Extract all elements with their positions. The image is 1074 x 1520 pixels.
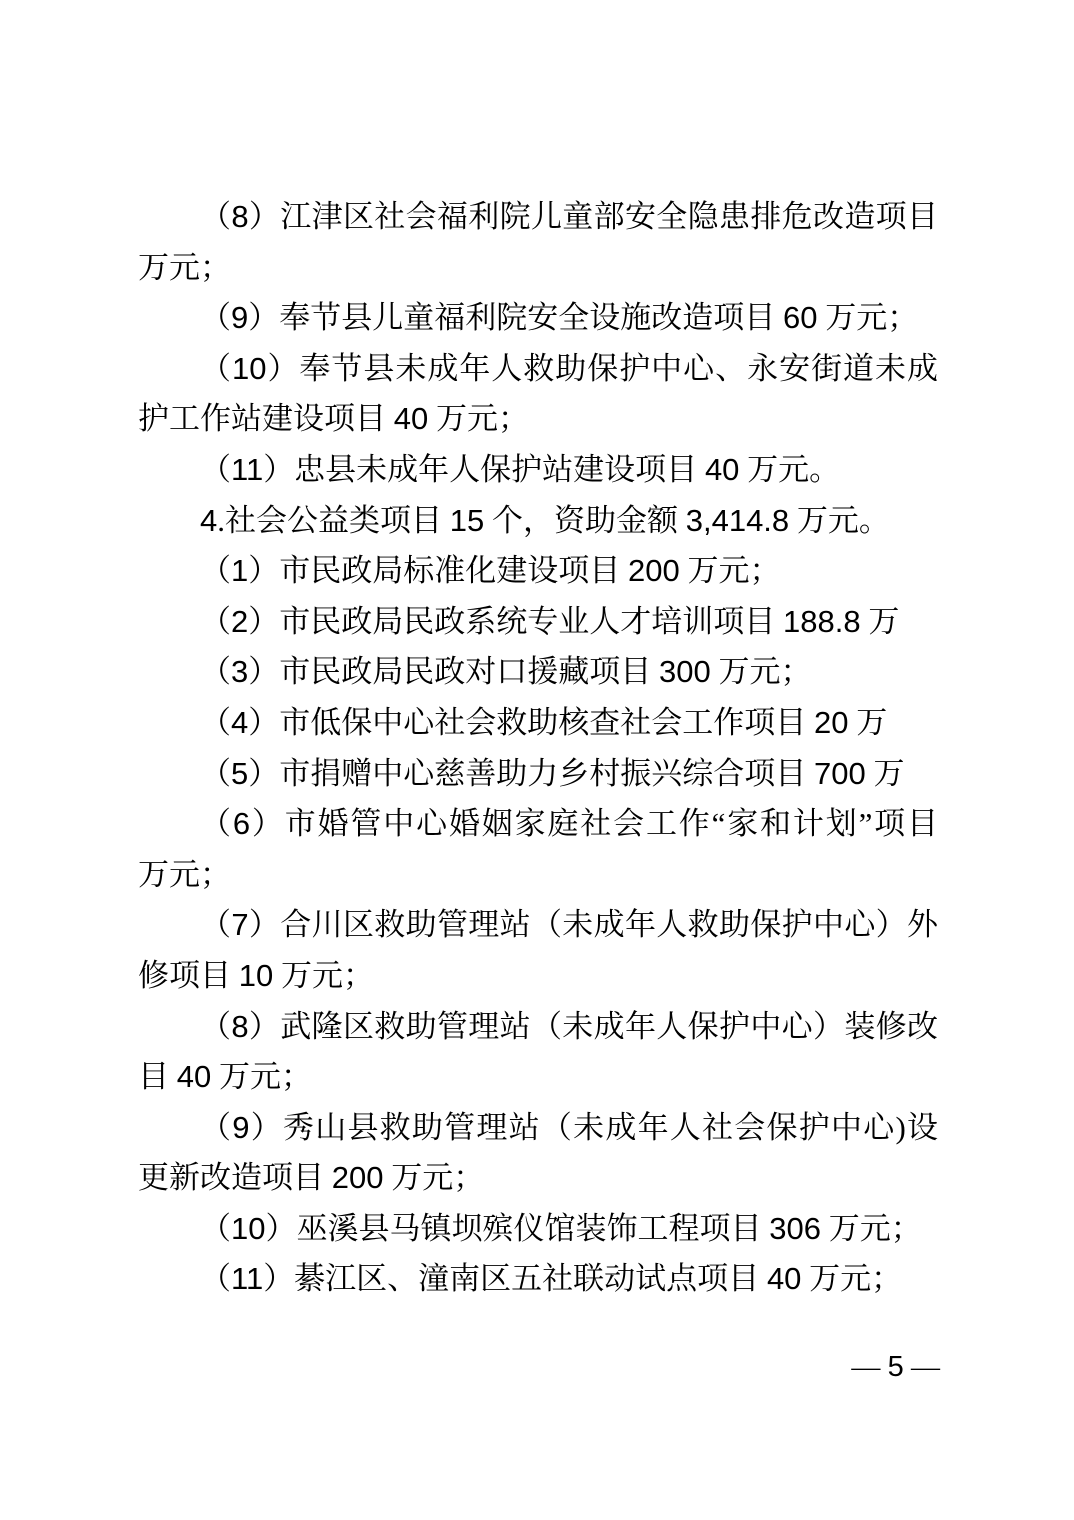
document-page: （8）江津区社会福利院儿童部安全隐患排危改造项目 100万元；（9）奉节县儿童福… <box>0 0 1074 1520</box>
page-number: — 5 — <box>851 1351 940 1383</box>
numeric-text: 15 <box>450 503 484 538</box>
document-body: （8）江津区社会福利院儿童部安全隐患排危改造项目 100万元；（9）奉节县儿童福… <box>138 192 938 1305</box>
text-line: （7）合川区救助管理站（未成年人救助保护中心）外墙维 <box>138 900 938 951</box>
numeric-text: 188.8 <box>783 604 861 639</box>
text-line: （1）市民政局标准化建设项目 200 万元； <box>138 546 938 597</box>
text-line: （9）奉节县儿童福利院安全设施改造项目 60 万元； <box>138 293 938 344</box>
text-line: （4）市低保中心社会救助核查社会工作项目 20 万元； <box>138 698 938 749</box>
numeric-text: 10 <box>232 351 266 386</box>
numeric-text: 40 <box>177 1059 211 1094</box>
text-line: 更新改造项目 200 万元； <box>138 1153 938 1204</box>
numeric-text: 700 <box>814 756 866 791</box>
numeric-text: 4 <box>200 503 217 538</box>
numeric-text: 40 <box>767 1261 801 1296</box>
numeric-text: 200 <box>628 553 680 588</box>
numeric-text: 4 <box>231 705 248 740</box>
text-line: 护工作站建设项目 40 万元； <box>138 394 938 445</box>
text-line: （9）秀山县救助管理站（未成年人社会保护中心)设施设备 <box>138 1103 938 1154</box>
numeric-text: 20 <box>814 705 848 740</box>
text-line: 万元； <box>138 243 938 294</box>
text-line: （11）綦江区、潼南区五社联动试点项目 40 万元； <box>138 1254 938 1305</box>
text-line: （6）市婚管中心婚姻家庭社会工作“家和计划”项目 380 <box>138 799 938 850</box>
numeric-text: 8 <box>231 1009 248 1044</box>
text-line: 修项目 10 万元； <box>138 951 938 1002</box>
numeric-text: 10 <box>239 958 273 993</box>
text-line: （2）市民政局民政系统专业人才培训项目 188.8 万元； <box>138 597 938 648</box>
numeric-text: 11 <box>231 1261 263 1296</box>
numeric-text: 306 <box>769 1211 821 1246</box>
text-line: （10）巫溪县马镇坝殡仪馆装饰工程项目 306 万元； <box>138 1204 938 1255</box>
text-line: （8）武隆区救助管理站（未成年人保护中心）装修改造项 <box>138 1002 938 1053</box>
numeric-text: 2 <box>231 604 248 639</box>
numeric-text: 8 <box>231 199 248 234</box>
text-line: （3）市民政局民政对口援藏项目 300 万元； <box>138 647 938 698</box>
numeric-text: 9 <box>231 300 248 335</box>
numeric-text: 6 <box>233 806 250 841</box>
numeric-text: 200 <box>332 1160 384 1195</box>
numeric-text: 9 <box>232 1110 249 1145</box>
numeric-text: 7 <box>231 907 248 942</box>
numeric-text: 5 <box>888 1351 904 1383</box>
numeric-text: 5 <box>231 756 248 791</box>
page-footer: — 5 — <box>851 1349 940 1385</box>
text-line: （5）市捐赠中心慈善助力乡村振兴综合项目 700 万元； <box>138 749 938 800</box>
numeric-text: 40 <box>705 452 739 487</box>
text-line: 4.社会公益类项目 15 个，资助金额 3,414.8 万元。 <box>138 496 938 547</box>
text-line: 万元； <box>138 850 938 901</box>
numeric-text: 3,414.8 <box>686 503 789 538</box>
numeric-text: 10 <box>231 1211 265 1246</box>
numeric-text: 300 <box>659 654 711 689</box>
numeric-text: 11 <box>231 452 263 487</box>
text-line: （8）江津区社会福利院儿童部安全隐患排危改造项目 100 <box>138 192 938 243</box>
numeric-text: 3 <box>231 654 248 689</box>
text-line: （11）忠县未成年人保护站建设项目 40 万元。 <box>138 445 938 496</box>
text-line: （10）奉节县未成年人救助保护中心、永安街道未成年人保 <box>138 344 938 395</box>
numeric-text: 1 <box>231 553 248 588</box>
numeric-text: 60 <box>783 300 817 335</box>
text-line: 目 40 万元； <box>138 1052 938 1103</box>
numeric-text: 40 <box>394 401 428 436</box>
